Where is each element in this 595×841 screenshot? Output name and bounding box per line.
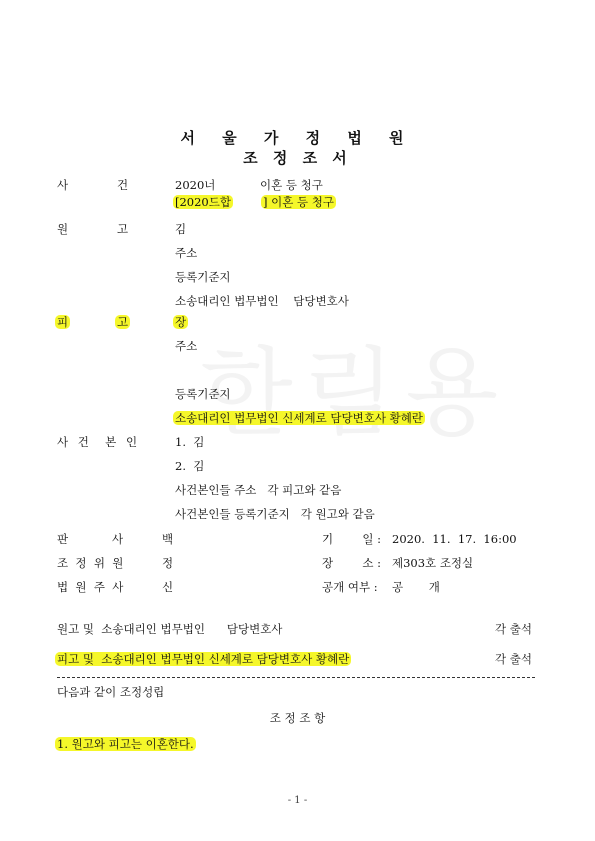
plaintiff-label-b: 고 <box>117 222 128 237</box>
judge-name: 백 <box>162 532 173 547</box>
plaintiff-counsel: 소송대리인 법무법인 담당변호사 <box>175 294 349 309</box>
court-name: 서 울 가 정 법 원 <box>0 127 595 148</box>
case-number: 2020너 <box>175 178 215 193</box>
mediator-label: 조 정 위 원 <box>57 556 123 571</box>
defendant-address: 주소 <box>175 339 197 354</box>
defendant-registry: 등록기준지 <box>175 387 231 402</box>
principals-label: 사 건 본 인 <box>57 435 140 450</box>
principal-item-1: 1. 김 <box>175 435 204 450</box>
defendant-label-b: 고 <box>115 315 130 329</box>
merged-case-number: [2020드합 <box>173 195 233 209</box>
case-label-a: 사 <box>57 178 68 193</box>
plaintiff-name: 김 <box>175 222 186 237</box>
case-label-b: 건 <box>117 178 128 193</box>
plaintiff-attendance-status: 각 출석 <box>495 622 532 637</box>
defendant-counsel: 소송대리인 법무법인 신세계로 담당변호사 황혜란 <box>173 411 425 425</box>
date-label: 기 일 : <box>322 532 381 547</box>
place-value: 제303호 조정실 <box>392 556 473 571</box>
defendant-attendance-status: 각 출석 <box>495 652 532 667</box>
separator-dashed <box>57 677 535 678</box>
document-title: 조 정 조 서 <box>0 147 595 168</box>
section-title: 조 정 조 항 <box>0 711 595 726</box>
mediator-name: 정 <box>162 556 173 571</box>
principals-address-note: 사건본인들 주소 각 피고와 같음 <box>175 483 341 498</box>
principal-item-2: 2. 김 <box>175 459 204 474</box>
settlement-intro: 다음과 같이 조정성립 <box>57 685 164 700</box>
principals-registry-note: 사건본인들 등록기준지 각 원고와 같음 <box>175 507 375 522</box>
clerk-label: 법 원 주 사 <box>57 580 123 595</box>
plaintiff-address: 주소 <box>175 246 197 261</box>
judge-label: 판 사 <box>57 532 123 547</box>
public-value: 공 개 <box>392 580 440 595</box>
plaintiff-label-a: 원 <box>57 222 68 237</box>
defendant-name: 장 <box>173 315 188 329</box>
merged-case-name: ] 이혼 등 청구 <box>261 195 336 209</box>
place-label: 장 소 : <box>322 556 381 571</box>
watermark: 한림용 <box>200 345 508 441</box>
plaintiff-attendance: 원고 및 소송대리인 법무법인 담당변호사 <box>57 622 282 637</box>
public-label: 공개 여부 : <box>322 580 378 595</box>
clerk-name: 신 <box>162 580 173 595</box>
date-value: 2020. 11. 17. 16:00 <box>392 532 517 547</box>
document-page: 한림용 서 울 가 정 법 원 조 정 조 서 사 건 2020너 이혼 등 청… <box>0 0 595 841</box>
case-name: 이혼 등 청구 <box>260 178 323 193</box>
defendant-label-a: 피 <box>55 315 70 329</box>
plaintiff-registry: 등록기준지 <box>175 270 231 285</box>
page-number: - 1 - <box>0 795 595 806</box>
defendant-attendance: 피고 및 소송대리인 법무법인 신세계로 담당변호사 황혜란 <box>55 652 351 666</box>
clause-1: 1. 원고와 피고는 이혼한다. <box>55 737 196 751</box>
